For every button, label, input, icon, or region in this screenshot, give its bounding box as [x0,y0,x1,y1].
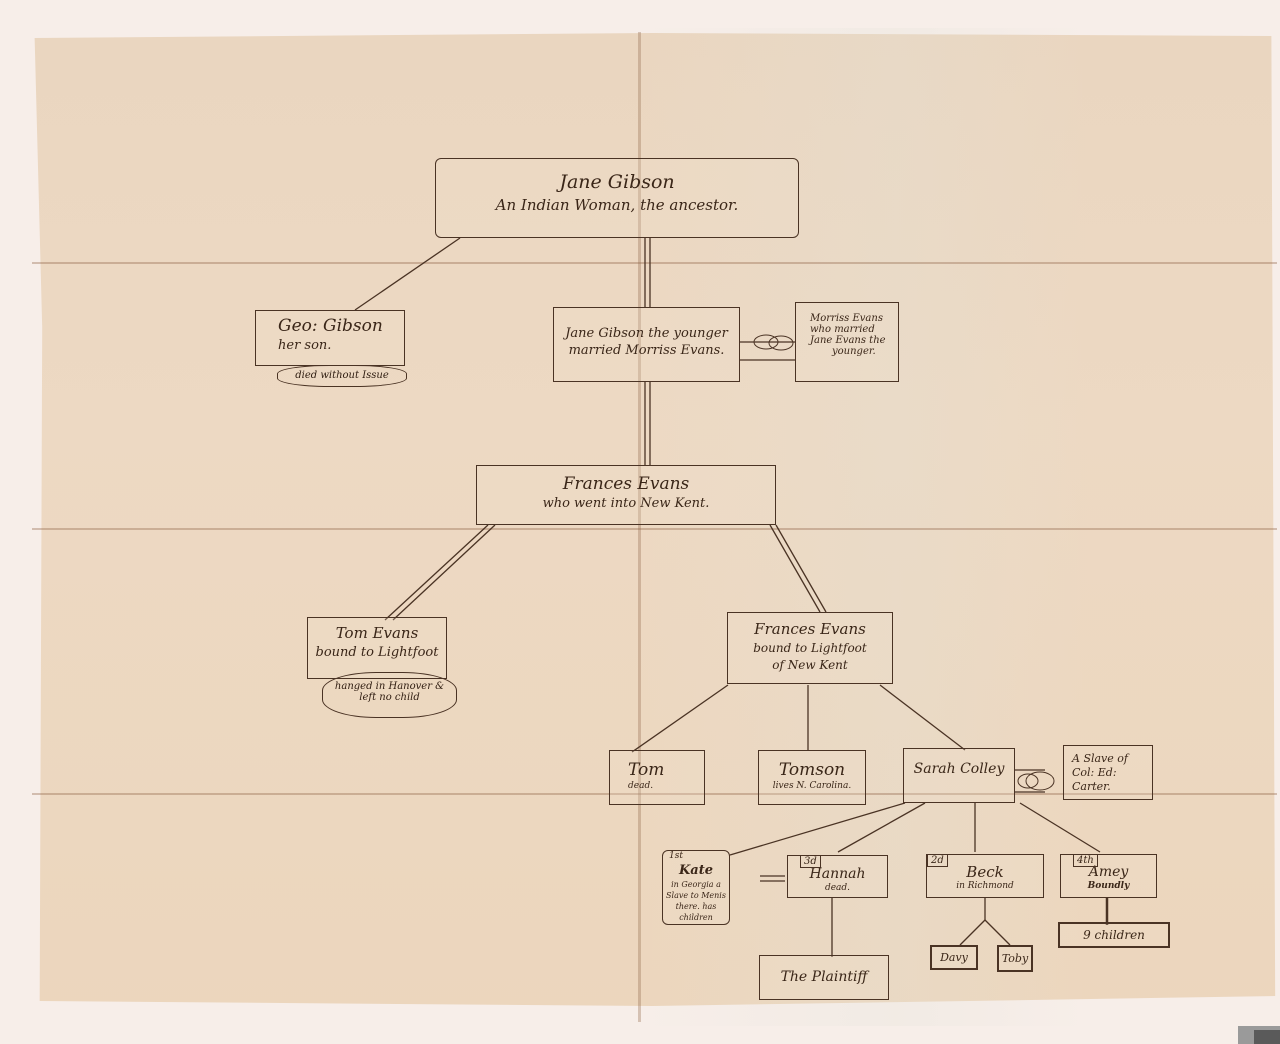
description: in Richmond [927,881,1043,892]
line-4: younger. [810,346,898,357]
line-2: Col: Ed: Carter. [1072,766,1152,794]
node-frances-evans: Frances Evans who went into New Kent. [476,465,776,525]
line-1: A Slave of [1072,752,1152,766]
description: her son. [278,337,404,354]
node-slave-of-carter: A Slave of Col: Ed: Carter. [1063,745,1153,800]
node-amey: 4th Amey Boundly [1060,854,1157,898]
description: Boundly [1061,881,1156,892]
line-2: who married [810,324,898,335]
note-died-without-issue: died without Issue [277,365,407,387]
name: The Plaintiff [760,969,888,986]
node-tomson: Tomson lives N. Carolina. [758,750,866,805]
line-3: Jane Evans the [810,335,898,346]
color-calibration-strip-dark [1254,1030,1280,1044]
node-tom-evans: Tom Evans bound to Lightfoot [307,617,447,679]
note-hanged-in-hanover: hanged in Hanover & left no child [322,672,457,718]
name: Jane Gibson [436,171,798,193]
description: lives N. Carolina. [759,781,865,792]
node-jane-gibson-ancestor: Jane Gibson An Indian Woman, the ancesto… [435,158,799,238]
name: Frances Evans [477,473,775,495]
description-3: there. has children [663,901,729,923]
line-1: Jane Gibson the younger [554,325,739,342]
name: Toby [999,953,1031,964]
description: An Indian Woman, the ancestor. [436,197,798,214]
node-morriss-evans: Morriss Evans who married Jane Evans the… [795,302,899,382]
node-the-plaintiff: The Plaintiff [759,955,889,1000]
description-1: in Georgia a [663,879,729,890]
name: Tom Evans [308,622,446,644]
name: Davy [932,952,976,963]
node-tom: Tom dead. [609,750,705,805]
description: who went into New Kent. [477,495,775,512]
order: 4th [1073,854,1098,867]
note-line-2: left no child [323,692,456,703]
name: Geo: Gibson [278,315,404,337]
node-jane-gibson-younger: Jane Gibson the younger married Morriss … [553,307,740,382]
node-hannah: 3d Hannah dead. [787,855,888,898]
name: Sarah Colley [904,761,1014,778]
name: Hannah [788,866,887,883]
order: 1st [663,851,729,862]
order: 3d [800,855,821,868]
name: Frances Evans [728,618,892,640]
node-frances-evans-bound: Frances Evans bound to Lightfoot of New … [727,612,893,684]
order: 2d [927,854,948,867]
description: dead. [628,781,704,792]
name: Kate [663,862,729,879]
node-nine-children: 9 children [1058,922,1170,948]
node-geo-gibson: Geo: Gibson her son. [255,310,405,366]
note-line-1: hanged in Hanover & [323,681,456,692]
description: dead. [788,883,887,894]
description-2: of New Kent [728,657,892,674]
node-davy: Davy [930,945,978,970]
name: 9 children [1060,927,1168,944]
node-toby: Toby [997,945,1033,972]
description-1: bound to Lightfoot [728,640,892,657]
description: bound to Lightfoot [308,644,446,661]
node-sarah-colley: Sarah Colley [903,748,1015,803]
node-beck: 2d Beck in Richmond [926,854,1044,898]
name: Tom [628,759,704,781]
node-kate: 1st Kate in Georgia a Slave to Menis the… [662,850,730,925]
name: Tomson [759,759,865,781]
line-1: Morriss Evans [810,313,898,324]
description-2: Slave to Menis [663,890,729,901]
line-2: married Morriss Evans. [554,342,739,359]
